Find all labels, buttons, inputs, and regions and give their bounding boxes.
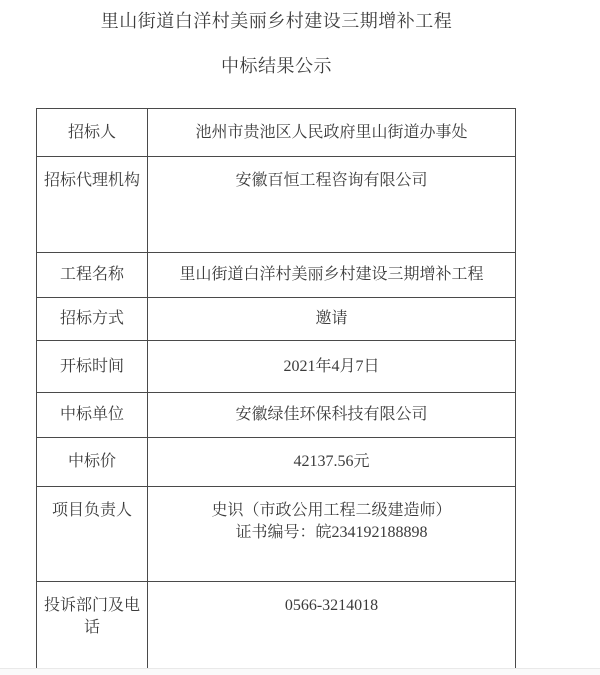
row-label: 招标人 <box>37 109 148 157</box>
row-value: 0566-3214018 <box>148 582 516 668</box>
row-label: 工程名称 <box>37 253 148 298</box>
row-value: 2021年4月7日 <box>148 341 516 393</box>
row-value: 42137.56元 <box>148 438 516 487</box>
row-label: 开标时间 <box>37 341 148 393</box>
row-value: 史识（市政公用工程二级建造师） 证书编号：皖234192188898 <box>148 487 516 582</box>
table-row-tender-method: 招标方式 邀请 <box>37 298 516 341</box>
page-subtitle: 中标结果公示 <box>0 55 553 77</box>
row-value: 安徽绿佳环保科技有限公司 <box>148 393 516 438</box>
table-row-winning-price: 中标价 42137.56元 <box>37 438 516 487</box>
table-row-project-manager: 项目负责人 史识（市政公用工程二级建造师） 证书编号：皖234192188898 <box>37 487 516 582</box>
table-row-agency: 招标代理机构 安徽百恒工程咨询有限公司 <box>37 157 516 253</box>
announcement-document: 里山街道白洋村美丽乡村建设三期增补工程 中标结果公示 招标人 池州市贵池区人民政… <box>0 0 600 675</box>
page-bottom-edge <box>0 668 600 675</box>
row-label: 中标价 <box>37 438 148 487</box>
page-title: 里山街道白洋村美丽乡村建设三期增补工程 <box>0 10 553 32</box>
table-row-tenderer: 招标人 池州市贵池区人民政府里山街道办事处 <box>37 109 516 157</box>
row-value: 里山街道白洋村美丽乡村建设三期增补工程 <box>148 253 516 298</box>
table-row-complaint-contact: 投诉部门及电话 0566-3214018 <box>37 582 516 668</box>
row-value: 安徽百恒工程咨询有限公司 <box>148 157 516 253</box>
table-row-project-name: 工程名称 里山街道白洋村美丽乡村建设三期增补工程 <box>37 253 516 298</box>
row-value: 池州市贵池区人民政府里山街道办事处 <box>148 109 516 157</box>
row-label: 投诉部门及电话 <box>37 582 148 668</box>
row-label: 中标单位 <box>37 393 148 438</box>
manager-name-line: 史识（市政公用工程二级建造师） <box>151 500 512 522</box>
row-value: 邀请 <box>148 298 516 341</box>
row-label: 招标方式 <box>37 298 148 341</box>
results-table: 招标人 池州市贵池区人民政府里山街道办事处 招标代理机构 安徽百恒工程咨询有限公… <box>36 108 516 668</box>
row-label: 项目负责人 <box>37 487 148 582</box>
table-row-bid-opening-time: 开标时间 2021年4月7日 <box>37 341 516 393</box>
table-row-winning-bidder: 中标单位 安徽绿佳环保科技有限公司 <box>37 393 516 438</box>
certificate-number-line: 证书编号：皖234192188898 <box>151 522 512 544</box>
row-label: 招标代理机构 <box>37 157 148 253</box>
